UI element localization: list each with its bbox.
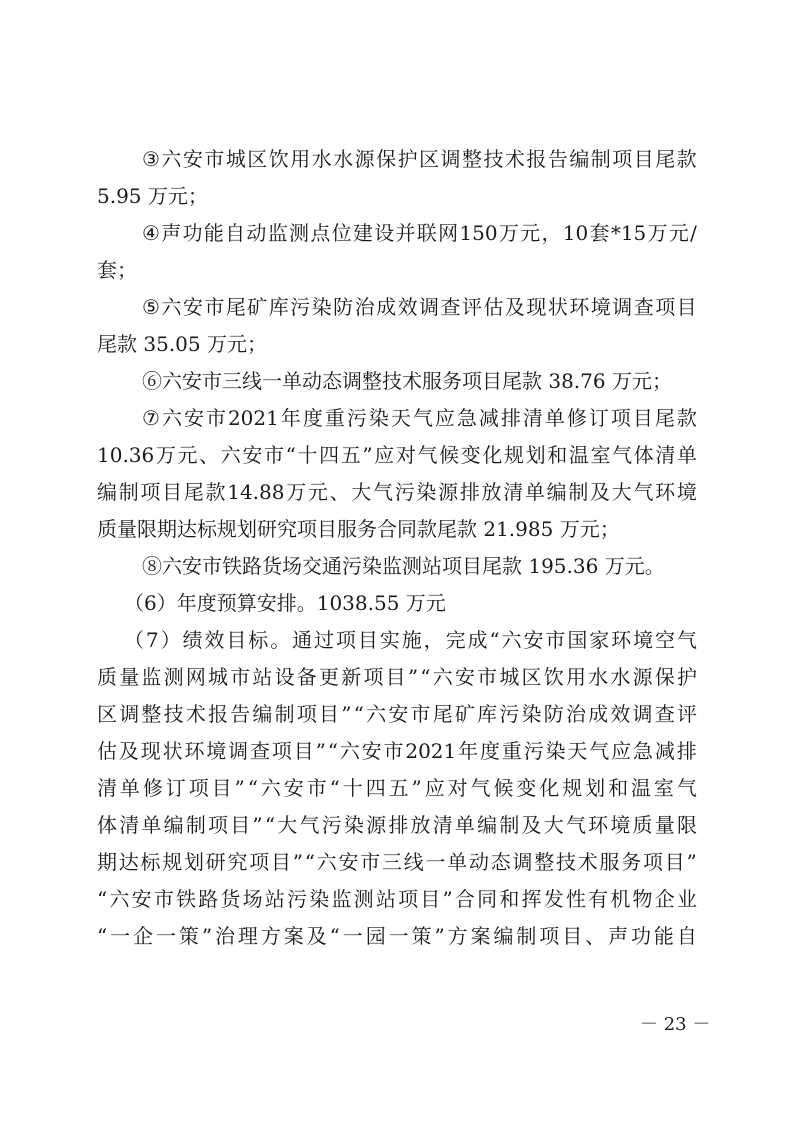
text-line: （6）年度预算安排。1038.55 万元	[124, 587, 697, 619]
text-line: 体清单编制项目”“大气污染源排放清单编制及大气环境质量限	[97, 809, 697, 841]
text-line: 质量监测网城市站设备更新项目”“六安市城区饮用水水源保护	[97, 661, 697, 693]
text-line: 编制项目尾款14.88万元、大气污染源排放清单编制及大气环境	[97, 476, 697, 508]
text-line: 估及现状环境调查项目”“六安市2021年度重污染天气应急减排	[97, 735, 697, 767]
text-line: ③六安市城区饮用水水源保护区调整技术报告编制项目尾款	[142, 143, 697, 175]
text-line: 清单修订项目”“六安市“十四五”应对气候变化规划和温室气	[97, 772, 697, 804]
page-number: － 23 －	[640, 1013, 710, 1037]
text-line: （7）绩效目标。通过项目实施，完成“六安市国家环境空气	[124, 624, 697, 656]
text-line: 期达标规划研究项目”“六安市三线一单动态调整技术服务项目”	[97, 846, 697, 878]
text-line: 5.95 万元；	[97, 180, 697, 212]
document-page: ③六安市城区饮用水水源保护区调整技术报告编制项目尾款5.95 万元；④声功能自动…	[0, 0, 793, 1122]
text-line: 区调整技术报告编制项目”“六安市尾矿库污染防治成效调查评	[97, 698, 697, 730]
text-line: ④声功能自动监测点位建设并联网150万元，10套*15万元/	[142, 217, 697, 249]
text-line: ⑦六安市2021年度重污染天气应急减排清单修订项目尾款	[142, 402, 697, 434]
text-line: “六安市铁路货场站污染监测站项目”合同和挥发性有机物企业	[97, 883, 697, 915]
text-line: 套；	[97, 254, 697, 286]
text-line: ⑤六安市尾矿库污染防治成效调查评估及现状环境调查项目	[142, 291, 697, 323]
text-line: 尾款 35.05 万元；	[97, 328, 697, 360]
text-line: ⑧六安市铁路货场交通污染监测站项目尾款 195.36 万元。	[142, 550, 697, 582]
text-line: “一企一策”治理方案及“一园一策”方案编制项目、声功能自	[97, 920, 697, 952]
text-line: 质量限期达标规划研究项目服务合同款尾款 21.985 万元；	[97, 513, 697, 545]
text-line: ⑥六安市三线一单动态调整技术服务项目尾款 38.76 万元；	[142, 365, 697, 397]
text-line: 10.36万元、六安市“十四五”应对气候变化规划和温室气体清单	[97, 439, 697, 471]
